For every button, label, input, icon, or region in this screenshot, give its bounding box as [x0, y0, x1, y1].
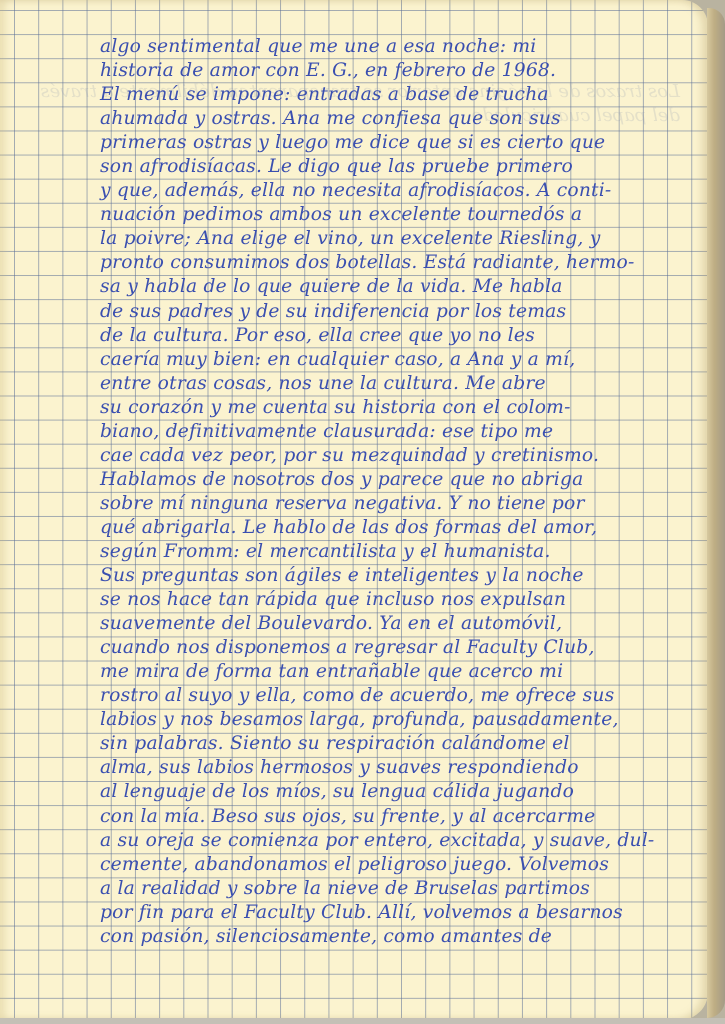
text-line: cemente, abandonamos el peligroso juego.…: [100, 852, 690, 876]
text-line: algo sentimental que me une a esa noche:…: [100, 34, 690, 58]
text-line: labios y nos besamos larga, profunda, pa…: [100, 707, 690, 731]
text-line: nuación pedimos ambos un excelente tourn…: [100, 202, 690, 226]
text-line: con pasión, silenciosamente, como amante…: [100, 924, 690, 948]
text-line: ahumada y ostras. Ana me confiesa que so…: [100, 106, 690, 130]
text-line: de sus padres y de su indiferencia por l…: [100, 299, 690, 323]
page-edge-binding: [707, 8, 725, 1018]
text-line: la poivre; Ana elige el vino, un excelen…: [100, 226, 690, 250]
page-bottom-shadow: [0, 1018, 725, 1024]
handwritten-text: algo sentimental que me une a esa noche:…: [100, 34, 700, 948]
text-line: son afrodisíacas. Le digo que las pruebe…: [100, 154, 690, 178]
text-line: cae cada vez peor, por su mezquindad y c…: [100, 443, 690, 467]
text-line: biano, definitivamente clausurada: ese t…: [100, 419, 690, 443]
text-line: sin palabras. Siento su respiración calá…: [100, 731, 690, 755]
text-line: alma, sus labios hermosos y suaves respo…: [100, 755, 690, 779]
text-line: El menú se impone: entradas a base de tr…: [100, 82, 690, 106]
text-line: primeras ostras y luego me dice que si e…: [100, 130, 690, 154]
text-line: entre otras cosas, nos une la cultura. M…: [100, 371, 690, 395]
text-line: Sus preguntas son ágiles e inteligentes …: [100, 563, 690, 587]
text-line: qué abrigarla. Le hablo de las dos forma…: [100, 515, 690, 539]
text-line: sobre mí ninguna reserva negativa. Y no …: [100, 491, 690, 515]
text-line: historia de amor con E. G., en febrero d…: [100, 58, 690, 82]
text-line: su corazón y me cuenta su historia con e…: [100, 395, 690, 419]
text-line: suavemente del Boulevardo. Ya en el auto…: [100, 611, 690, 635]
text-line: a la realidad y sobre la nieve de Brusel…: [100, 876, 690, 900]
text-line: cuando nos disponemos a regresar al Facu…: [100, 635, 690, 659]
text-line: caería muy bien: en cualquier caso, a An…: [100, 347, 690, 371]
text-line: pronto consumimos dos botellas. Está rad…: [100, 250, 690, 274]
text-line: Hablamos de nosotros dos y parece que no…: [100, 467, 690, 491]
text-line: de la cultura. Por eso, ella cree que yo…: [100, 323, 690, 347]
text-line: con la mía. Beso sus ojos, su frente, y …: [100, 804, 690, 828]
text-line: y que, además, ella no necesita afrodisí…: [100, 178, 690, 202]
text-line: al lenguaje de los míos, su lengua cálid…: [100, 779, 690, 803]
text-line: se nos hace tan rápida que incluso nos e…: [100, 587, 690, 611]
text-line: rostro al suyo y ella, como de acuerdo, …: [100, 683, 690, 707]
text-line: sa y habla de lo que quiere de la vida. …: [100, 274, 690, 298]
text-line: según Fromm: el mercantilista y el human…: [100, 539, 690, 563]
notebook-page: Los trazos de la página anterior se tran…: [0, 0, 708, 1020]
text-line: por fin para el Faculty Club. Allí, volv…: [100, 900, 690, 924]
text-line: me mira de forma tan entrañable que acer…: [100, 659, 690, 683]
text-line: a su oreja se comienza por entero, excit…: [100, 828, 690, 852]
